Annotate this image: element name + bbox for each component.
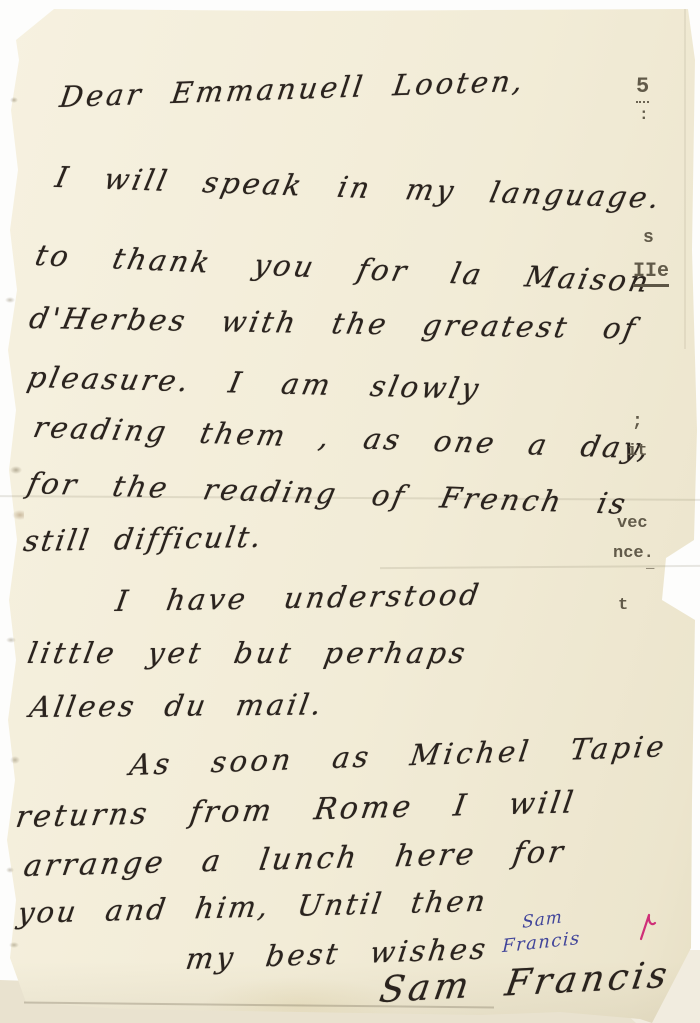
letter-line: still difficult. (21, 520, 266, 558)
letter-line: I have understood (113, 578, 484, 618)
scanned-letter-page: Dear Emmanuell Looten, I will speak in m… (0, 0, 700, 1023)
typed-underscore: _ (646, 556, 654, 572)
typed-fragment: IIe (633, 260, 669, 287)
torn-left-edge (0, 40, 24, 980)
typed-fragment: ; (632, 412, 643, 432)
typed-fragment: vec (617, 514, 648, 533)
letter-line: Allees du mail. (27, 687, 327, 724)
vertical-crease (684, 9, 686, 349)
typed-fragment: it (627, 442, 647, 461)
pink-check-mark-icon (634, 912, 658, 944)
typed-fragment: t (618, 596, 628, 615)
letter-line: little yet but perhaps (25, 636, 471, 670)
typed-fragment: : (639, 106, 649, 124)
typed-fragment: 5 (636, 74, 649, 103)
typed-fragment: s (643, 228, 654, 248)
